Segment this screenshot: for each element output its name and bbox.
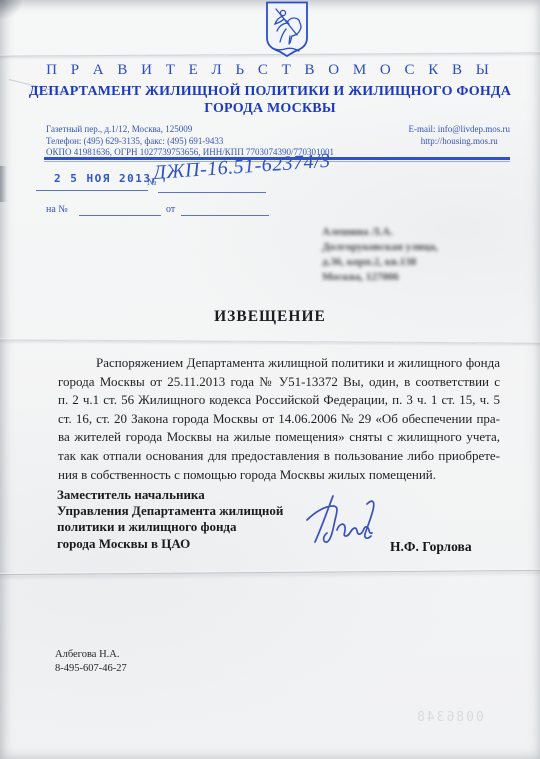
reply-from-underline <box>181 215 269 216</box>
position-line: политики и жилищного фонда <box>57 519 283 535</box>
reply-from-label: от <box>166 204 175 215</box>
body-line: так как отпали основания для предоставле… <box>58 447 500 466</box>
recipient-line: Долгоруковская улица, <box>322 240 438 255</box>
reply-number-label: на № <box>46 204 68 215</box>
department-name-line1: ДЕПАРТАМЕНТ ЖИЛИЩНОЙ ПОЛИТИКИ И ЖИЛИЩНОГ… <box>0 84 540 100</box>
scan-corner-shadow <box>0 0 28 24</box>
body-line: п. 2 ч.1 ст. 56 Жилищного кодекса Россий… <box>58 391 500 410</box>
body-line: ва жителей города Москвы на жилые помеще… <box>58 428 500 447</box>
handwritten-signature-icon <box>303 490 385 569</box>
reference-underline <box>158 192 266 193</box>
phone-fax-line: Телефон: (495) 629-3135, факс: (495) 691… <box>46 136 334 148</box>
recipient-line: Алешина Л.А. <box>322 225 438 240</box>
body-line: ния в собственность с помощью города Мос… <box>58 466 500 485</box>
address-line: Газетный пер., д.1/12, Москва, 125009 <box>46 124 334 136</box>
signatory-name: Н.Ф. Горлова <box>390 539 472 555</box>
executor-block: Албегова Н.А. 8-495-607-46-27 <box>55 648 127 675</box>
recipient-address-block-redacted: Алешина Л.А. Долгоруковская улица, д.36,… <box>322 225 438 285</box>
incoming-date-stamp: 2 5 НОЯ 2013 <box>54 172 151 185</box>
department-name-line2: ГОРОДА МОСКВЫ <box>0 101 540 117</box>
government-title: П Р А В И Т Е Л Ь С Т В О М О С К В Ы <box>0 62 540 79</box>
document-title: ИЗВЕЩЕНИЕ <box>0 308 540 326</box>
position-line: Заместитель начальника <box>57 487 283 503</box>
website-line: http://housing.mos.ru <box>408 136 510 148</box>
moscow-coat-of-arms-icon <box>264 0 310 62</box>
email-line: E-mail: info@livdep.mos.ru <box>408 124 510 136</box>
scan-edge-shadow <box>0 166 7 202</box>
contact-block-right: E-mail: info@livdep.mos.ru http://housin… <box>408 124 510 147</box>
position-line: города Москвы в ЦАО <box>57 536 283 552</box>
body-line: города Москвы от 25.11.2013 года № У51-1… <box>58 373 500 392</box>
bleed-through-digits: 0086348 <box>415 710 515 725</box>
date-underline <box>36 190 148 191</box>
scanned-letter-page: П Р А В И Т Е Л Ь С Т В О М О С К В Ы ДЕ… <box>0 0 540 759</box>
recipient-line: д.36, корп.2, кв.138 <box>322 255 438 270</box>
reply-number-underline <box>79 215 161 216</box>
recipient-line: Москва, 127006 <box>322 270 438 285</box>
executor-phone: 8-495-607-46-27 <box>55 662 127 676</box>
position-line: Управления Департамента жилищной <box>57 503 283 519</box>
body-paragraph: Распоряжением Департамента жилищной поли… <box>58 354 500 484</box>
signatory-position-block: Заместитель начальника Управления Департ… <box>57 487 283 552</box>
paper-crease-middle <box>0 339 540 343</box>
body-line: Распоряжением Департамента жилищной поли… <box>58 354 500 373</box>
executor-name: Албегова Н.А. <box>55 648 127 662</box>
paper-crease-bottom <box>0 570 540 575</box>
body-line: ст. 16, ст. 20 Закона города Москвы от 1… <box>58 410 500 429</box>
